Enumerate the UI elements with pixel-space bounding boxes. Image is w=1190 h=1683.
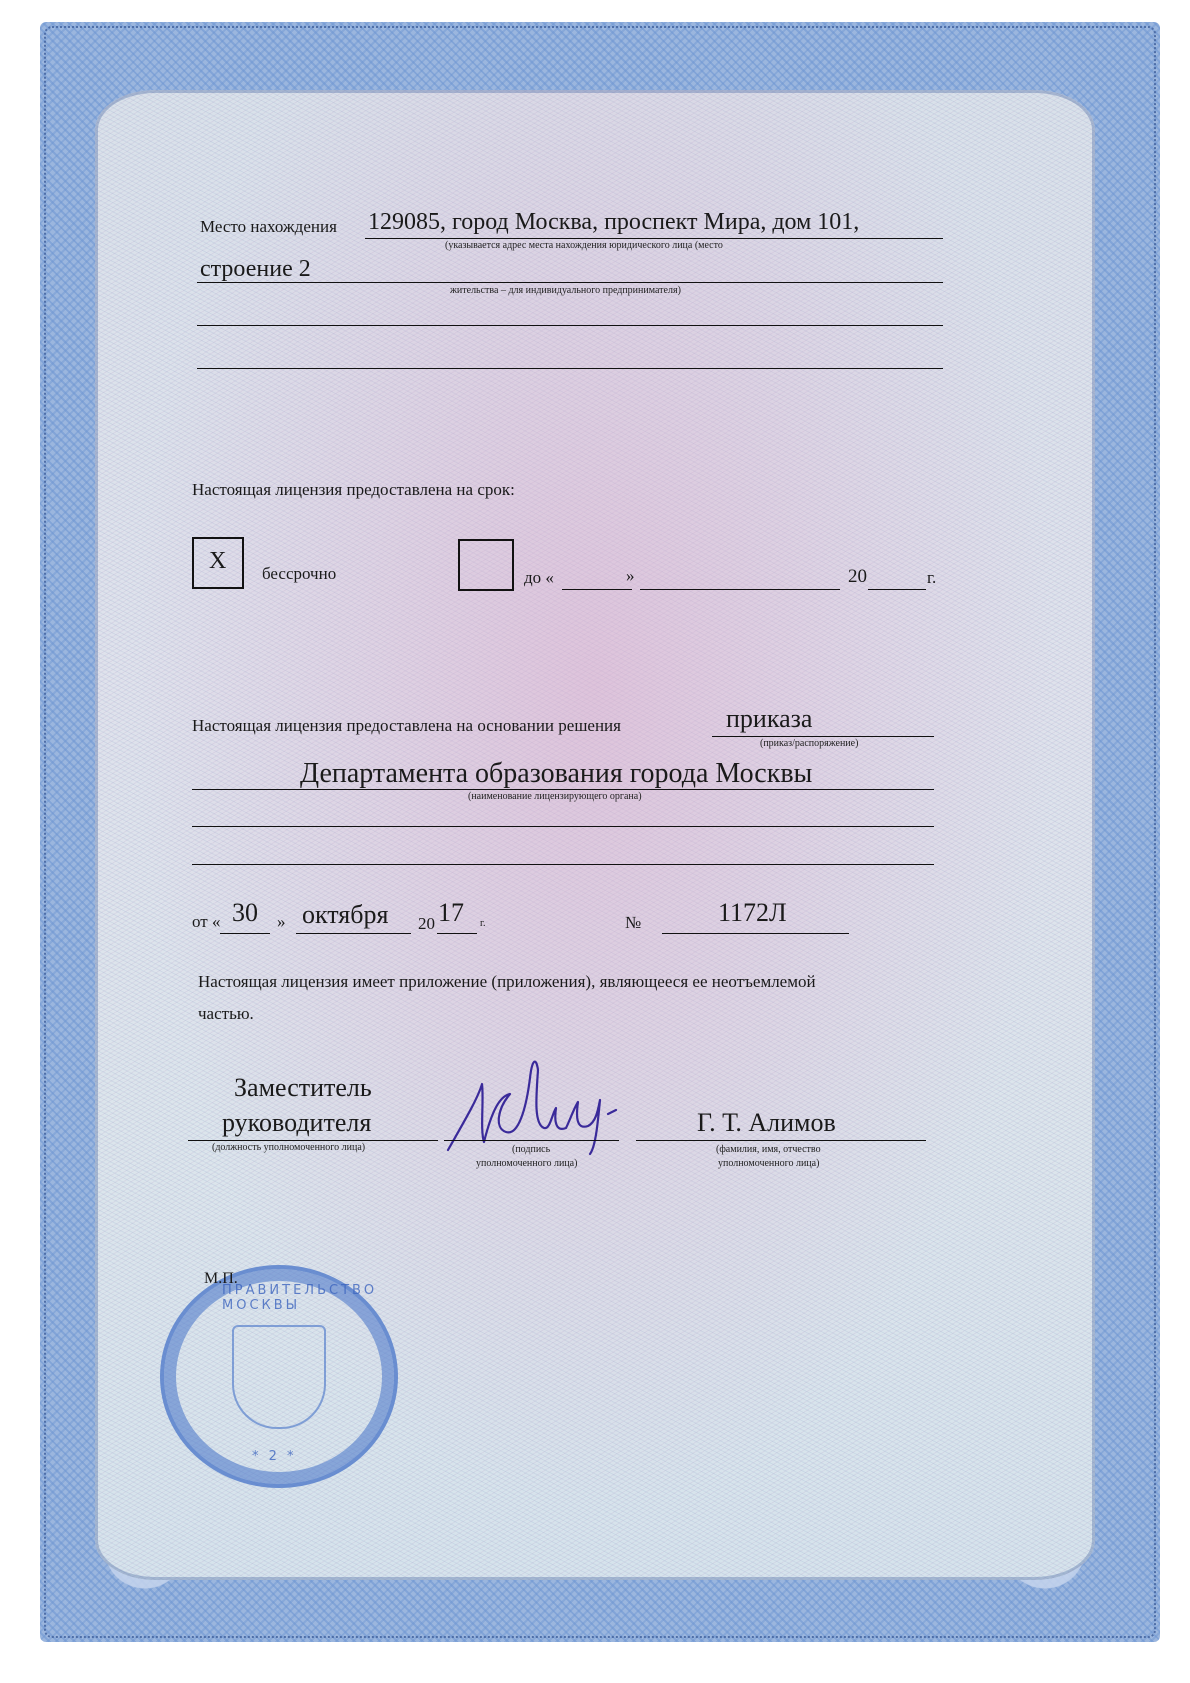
date-year-prefix: 20 [418,914,435,934]
date-day-rule [220,933,270,934]
basis-heading: Настоящая лицензия предоставлена на осно… [192,716,621,736]
address-line2-value: строение 2 [200,256,311,283]
name-rule [636,1140,926,1141]
decision-type-rule [712,736,934,737]
position-caption: (должность уполномоченного лица) [212,1142,365,1153]
name-caption-line2: уполномоченного лица) [718,1158,819,1169]
seal-ring-text: ПРАВИТЕЛЬСТВО МОСКВЫ [222,1283,394,1313]
signature-rule [444,1140,619,1141]
licensing-authority: Департамента образования города Москвы [300,758,812,790]
date-day: 30 [232,898,258,928]
authority-rule [192,789,934,790]
signatory-name: Г. Т. Алимов [697,1108,836,1138]
checkbox-mark: X [209,548,226,575]
seal-number: * 2 * [252,1449,297,1464]
until-year-rule [868,589,926,590]
signature-caption-line2: уполномоченного лица) [476,1158,577,1169]
until-prefix: до « [524,568,554,588]
date-month: октября [302,900,388,930]
decision-type-caption: (приказ/распоряжение) [760,738,858,749]
decision-type: приказа [726,704,812,734]
signatory-position-line1: Заместитель [234,1073,372,1103]
until-year-unit: г. [927,568,936,588]
until-year-prefix: 20 [848,566,867,588]
until-date-checkbox[interactable] [458,539,514,591]
license-number: 1172Л [718,898,787,928]
date-month-rule [296,933,411,934]
appendix-note-line2: частью. [198,1004,254,1024]
appendix-note-line1: Настоящая лицензия имеет приложение (при… [198,972,816,992]
date-prefix: от « [192,912,220,932]
date-quote-close: » [277,912,286,932]
date-year-unit: г. [480,918,485,929]
address-line1-rule [365,238,943,239]
authority-extra-rule-2 [192,864,934,865]
official-seal: ПРАВИТЕЛЬСТВО МОСКВЫ * 2 * [160,1265,398,1488]
indefinite-checkbox[interactable]: X [192,537,244,589]
license-number-rule [662,933,849,934]
address-caption2: жительства – для индивидуального предпри… [450,285,681,296]
address-line2-rule [197,282,943,283]
seal-place-label: М.П. [204,1270,238,1288]
address-label: Место нахождения [200,217,337,237]
coat-of-arms-icon [232,1325,326,1429]
address-line1-value: 129085, город Москва, проспект Мира, дом… [368,209,859,236]
date-year-rule [437,933,477,934]
signature-caption-line1: (подпись [512,1144,550,1155]
term-heading: Настоящая лицензия предоставлена на срок… [192,480,515,500]
address-line3-rule [197,325,943,326]
number-label: № [625,913,641,933]
name-caption-line1: (фамилия, имя, отчество [716,1144,821,1155]
address-line4-rule [197,368,943,369]
position-rule [188,1140,438,1141]
signatory-position-line2: руководителя [222,1108,371,1138]
authority-extra-rule-1 [192,826,934,827]
date-year: 17 [438,898,464,928]
authority-caption: (наименование лицензирующего органа) [468,791,642,802]
until-quote-close: » [626,566,635,586]
address-caption1: (указывается адрес места нахождения юрид… [445,240,723,251]
indefinite-label: бессрочно [262,564,336,584]
until-day-rule [562,589,632,590]
until-month-rule [640,589,840,590]
